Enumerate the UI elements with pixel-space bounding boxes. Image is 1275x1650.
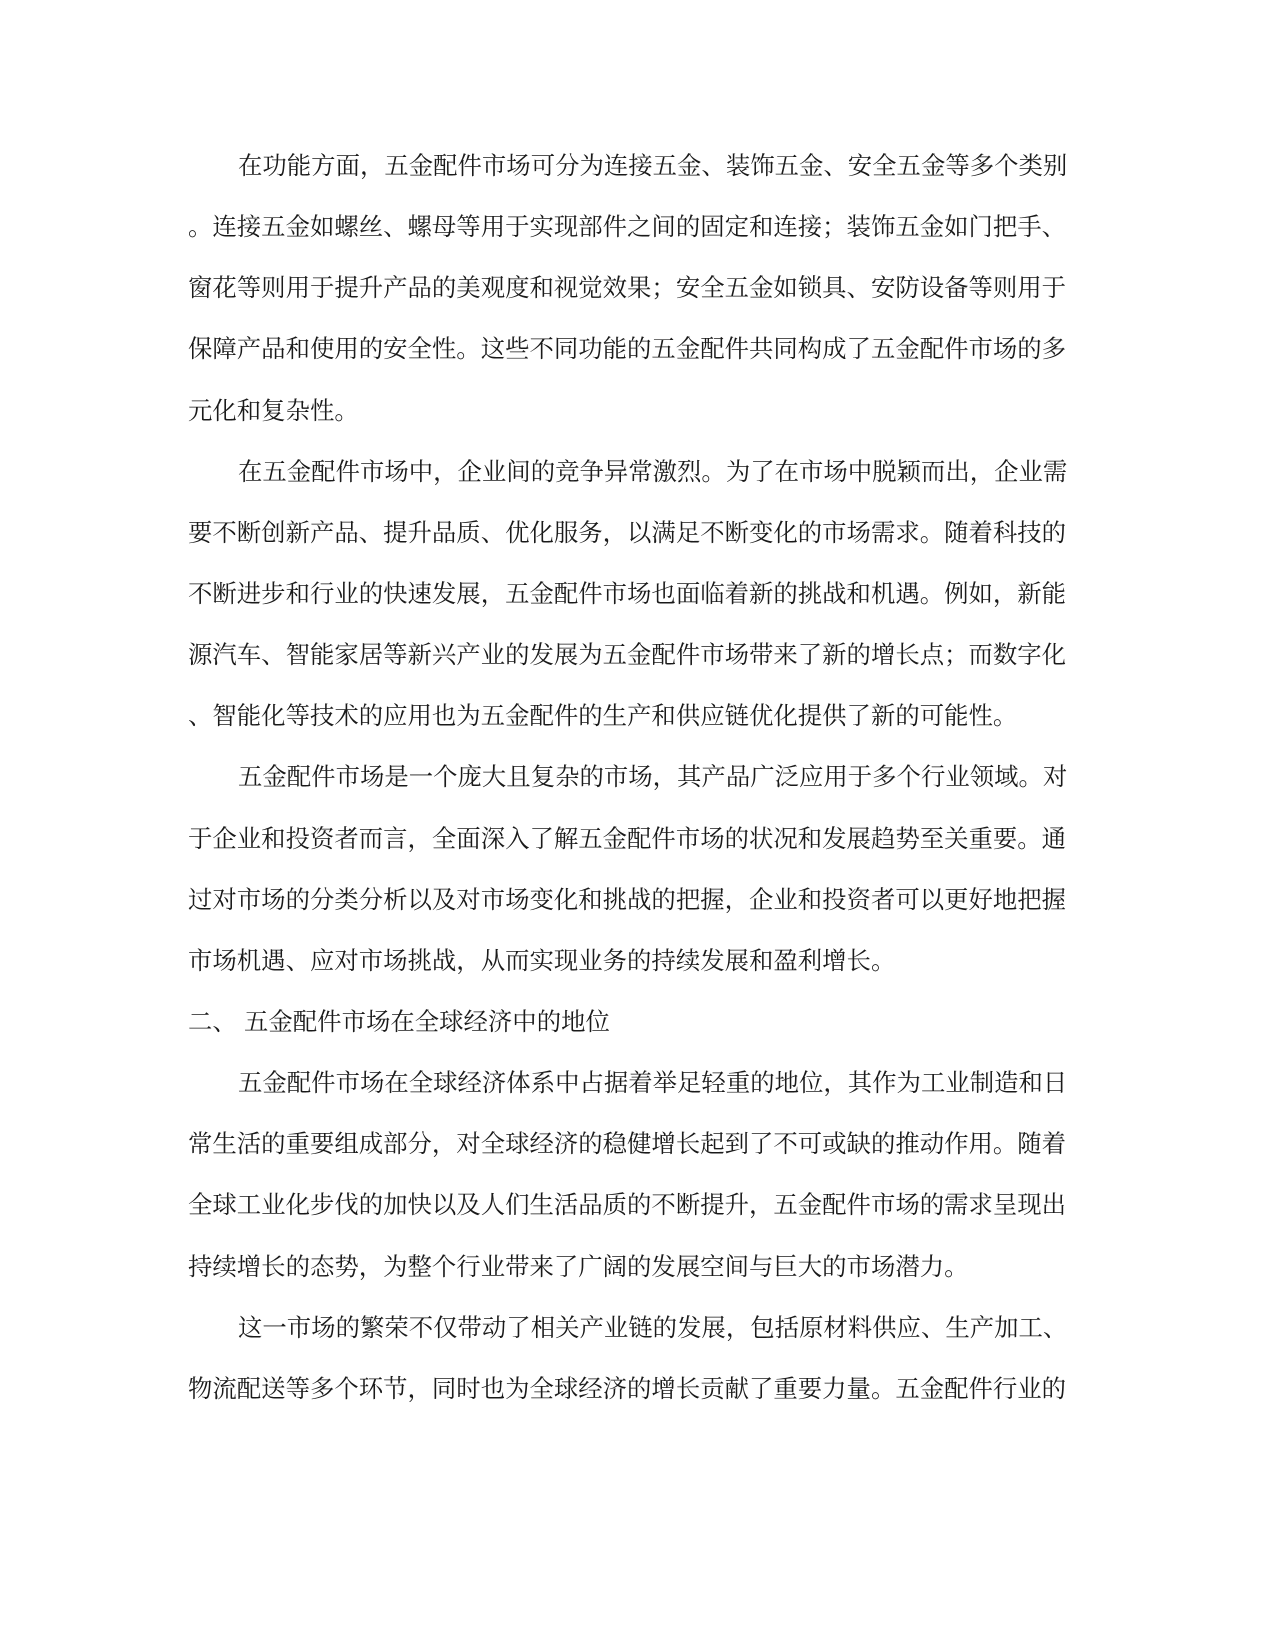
text-line: 物流配送等多个环节，同时也为全球经济的增长贡献了重要力量。五金配件行业的 — [188, 1358, 1098, 1419]
paragraph-functional-categories: 在功能方面，五金配件市场可分为连接五金、装饰五金、安全五金等多个类别 。连接五金… — [188, 135, 1098, 441]
text-line: 五金配件市场在全球经济体系中占据着举足轻重的地位，其作为工业制造和日 — [188, 1052, 1098, 1113]
paragraph-industry-chain: 这一市场的繁荣不仅带动了相关产业链的发展，包括原材料供应、生产加工、 物流配送等… — [188, 1297, 1098, 1419]
text-line: 保障产品和使用的安全性。这些不同功能的五金配件共同构成了五金配件市场的多 — [188, 318, 1098, 379]
text-line: 于企业和投资者而言，全面深入了解五金配件市场的状况和发展趋势至关重要。通 — [188, 808, 1098, 869]
document-page: 在功能方面，五金配件市场可分为连接五金、装饰五金、安全五金等多个类别 。连接五金… — [188, 135, 1098, 1419]
text-line: 元化和复杂性。 — [188, 380, 1098, 441]
text-line: 市场机遇、应对市场挑战，从而实现业务的持续发展和盈利增长。 — [188, 930, 1098, 991]
paragraph-summary: 五金配件市场是一个庞大且复杂的市场，其产品广泛应用于多个行业领域。对 于企业和投… — [188, 746, 1098, 991]
text-line: 。连接五金如螺丝、螺母等用于实现部件之间的固定和连接；装饰五金如门把手、 — [188, 196, 1098, 257]
text-line: 在功能方面，五金配件市场可分为连接五金、装饰五金、安全五金等多个类别 — [188, 135, 1098, 196]
text-line: 源汽车、智能家居等新兴产业的发展为五金配件市场带来了新的增长点；而数字化 — [188, 624, 1098, 685]
text-line: 持续增长的态势，为整个行业带来了广阔的发展空间与巨大的市场潜力。 — [188, 1236, 1098, 1297]
paragraph-competition: 在五金配件市场中，企业间的竞争异常激烈。为了在市场中脱颖而出，企业需 要不断创新… — [188, 441, 1098, 747]
text-line: 要不断创新产品、提升品质、优化服务，以满足不断变化的市场需求。随着科技的 — [188, 502, 1098, 563]
text-line: 窗花等则用于提升产品的美观度和视觉效果；安全五金如锁具、安防设备等则用于 — [188, 257, 1098, 318]
text-line: 五金配件市场是一个庞大且复杂的市场，其产品广泛应用于多个行业领域。对 — [188, 746, 1098, 807]
text-line: 全球工业化步伐的加快以及人们生活品质的不断提升，五金配件市场的需求呈现出 — [188, 1174, 1098, 1235]
section-heading-number: 二、 — [188, 991, 244, 1052]
section-heading-title: 五金配件市场在全球经济中的地位 — [244, 1007, 610, 1036]
text-line: 不断进步和行业的快速发展，五金配件市场也面临着新的挑战和机遇。例如，新能 — [188, 563, 1098, 624]
text-line: 常生活的重要组成部分，对全球经济的稳健增长起到了不可或缺的推动作用。随着 — [188, 1113, 1098, 1174]
text-line: 这一市场的繁荣不仅带动了相关产业链的发展，包括原材料供应、生产加工、 — [188, 1297, 1098, 1358]
text-line: 过对市场的分类分析以及对市场变化和挑战的把握，企业和投资者可以更好地把握 — [188, 869, 1098, 930]
text-line: 、智能化等技术的应用也为五金配件的生产和供应链优化提供了新的可能性。 — [188, 685, 1098, 746]
section-heading: 二、五金配件市场在全球经济中的地位 — [188, 991, 1098, 1052]
text-line: 在五金配件市场中，企业间的竞争异常激烈。为了在市场中脱颖而出，企业需 — [188, 441, 1098, 502]
paragraph-global-position: 五金配件市场在全球经济体系中占据着举足轻重的地位，其作为工业制造和日 常生活的重… — [188, 1052, 1098, 1297]
